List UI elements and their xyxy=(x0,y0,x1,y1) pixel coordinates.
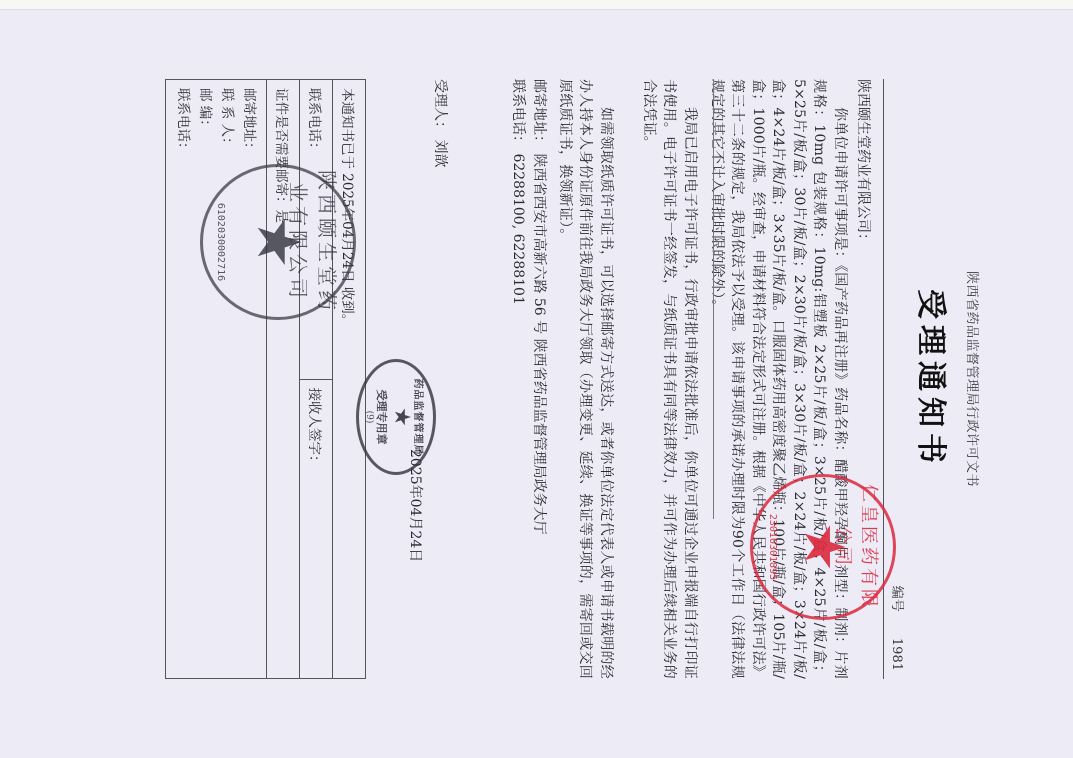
scan-top-edge xyxy=(0,0,1073,10)
receiver-label: 受理人： xyxy=(432,79,448,135)
seal-code: 6102030002716 xyxy=(215,167,226,317)
e-license-paragraph: 我局已启用电子许可证书，行政审批申请依法批准后，你单位可通过企业申报端自行打印证… xyxy=(639,79,701,679)
seal-text: 仁皇医药有限公司 xyxy=(831,477,883,617)
receiver-name: 刘歆 xyxy=(432,139,448,167)
issuing-body: 陕西省药品监督管理局行政许可文书 xyxy=(964,139,983,619)
page-title: 受理通知书 xyxy=(912,139,956,619)
receiver-signature-label: 接收人签字： xyxy=(300,379,333,679)
seal-use: 受理专用章 xyxy=(375,390,391,445)
document-number-label: 编号 xyxy=(889,586,904,612)
mailing-postcode-label: 邮 编： xyxy=(194,88,216,670)
section-divider xyxy=(713,79,714,519)
mail-address: 邮寄地址： 陕西省西安市高新六路 56 号 陕西省药品监督管理局政务大厅 xyxy=(530,79,550,535)
contact-phone: 联系电话： 62288100, 62288101 xyxy=(509,79,529,305)
company-seal-red: 仁皇医药有限公司 ★ 23010301895 xyxy=(750,474,896,620)
mail-address-value: 陕西省西安市高新六路 56 号 陕西省药品监督管理局政务大厅 xyxy=(531,153,547,534)
addressee: 陕西颐生堂药业有限公司： xyxy=(854,79,874,247)
paper-license-paragraph: 如需领取纸质许可证书，可以选择邮寄方式送达，或者你单位法定代表人或申请书载明的经… xyxy=(555,79,617,679)
mail-address-label: 邮寄地址： xyxy=(531,79,547,149)
applicant-seal: 陕西颐生堂药业有限公司 ★ 6102030002716 xyxy=(200,164,356,320)
contact-phone-label: 联系电话： xyxy=(510,79,526,149)
receiver: 受理人： 刘歆 xyxy=(431,79,451,167)
seal-code: 23010301895 xyxy=(767,477,778,617)
acceptance-notice-page: 陕西省药品监督管理局行政许可文书 受理通知书 编号 1981 陕西颐生堂药业有限… xyxy=(76,69,996,689)
contact-phone-value: 62288100, 62288101 xyxy=(510,153,526,304)
header-divider xyxy=(883,79,884,679)
seal-text: 药品监督管理局 xyxy=(413,379,428,456)
document-number-value: 1981 xyxy=(889,638,904,671)
star-icon: ★ xyxy=(391,407,413,427)
seal-number: (9) xyxy=(365,411,375,424)
document-number: 编号 1981 xyxy=(889,586,908,671)
seal-text: 陕西颐生堂药业有限公司 xyxy=(285,167,343,317)
acceptance-seal: 药品监督管理局 ★ 受理专用章 (9) xyxy=(356,359,436,475)
mailing-phone-label: 联系电话： xyxy=(172,88,194,670)
